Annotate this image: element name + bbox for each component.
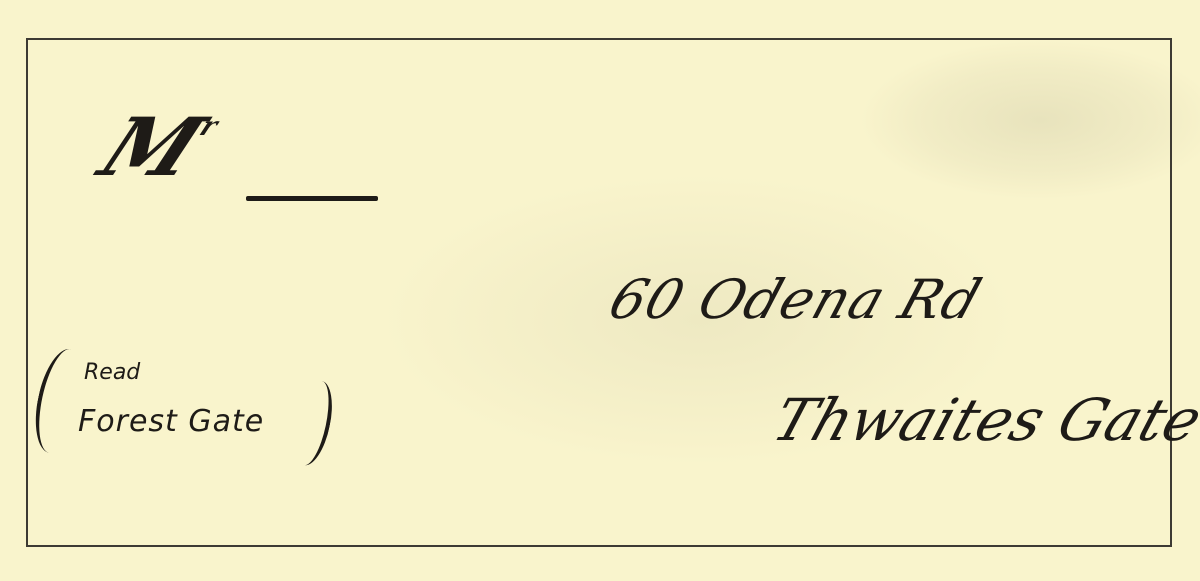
annotation-text: Forest Gate [78, 404, 264, 439]
address-line-1: 60 Odena Rd [602, 268, 990, 331]
envelope-paper: Mr 60 Odena Rd Thwaites Gate Read Forest… [0, 0, 1200, 581]
salutation-underline [246, 196, 378, 201]
annotation-prefix: Read [84, 360, 140, 385]
address-line-2: Thwaites Gate [765, 386, 1200, 454]
